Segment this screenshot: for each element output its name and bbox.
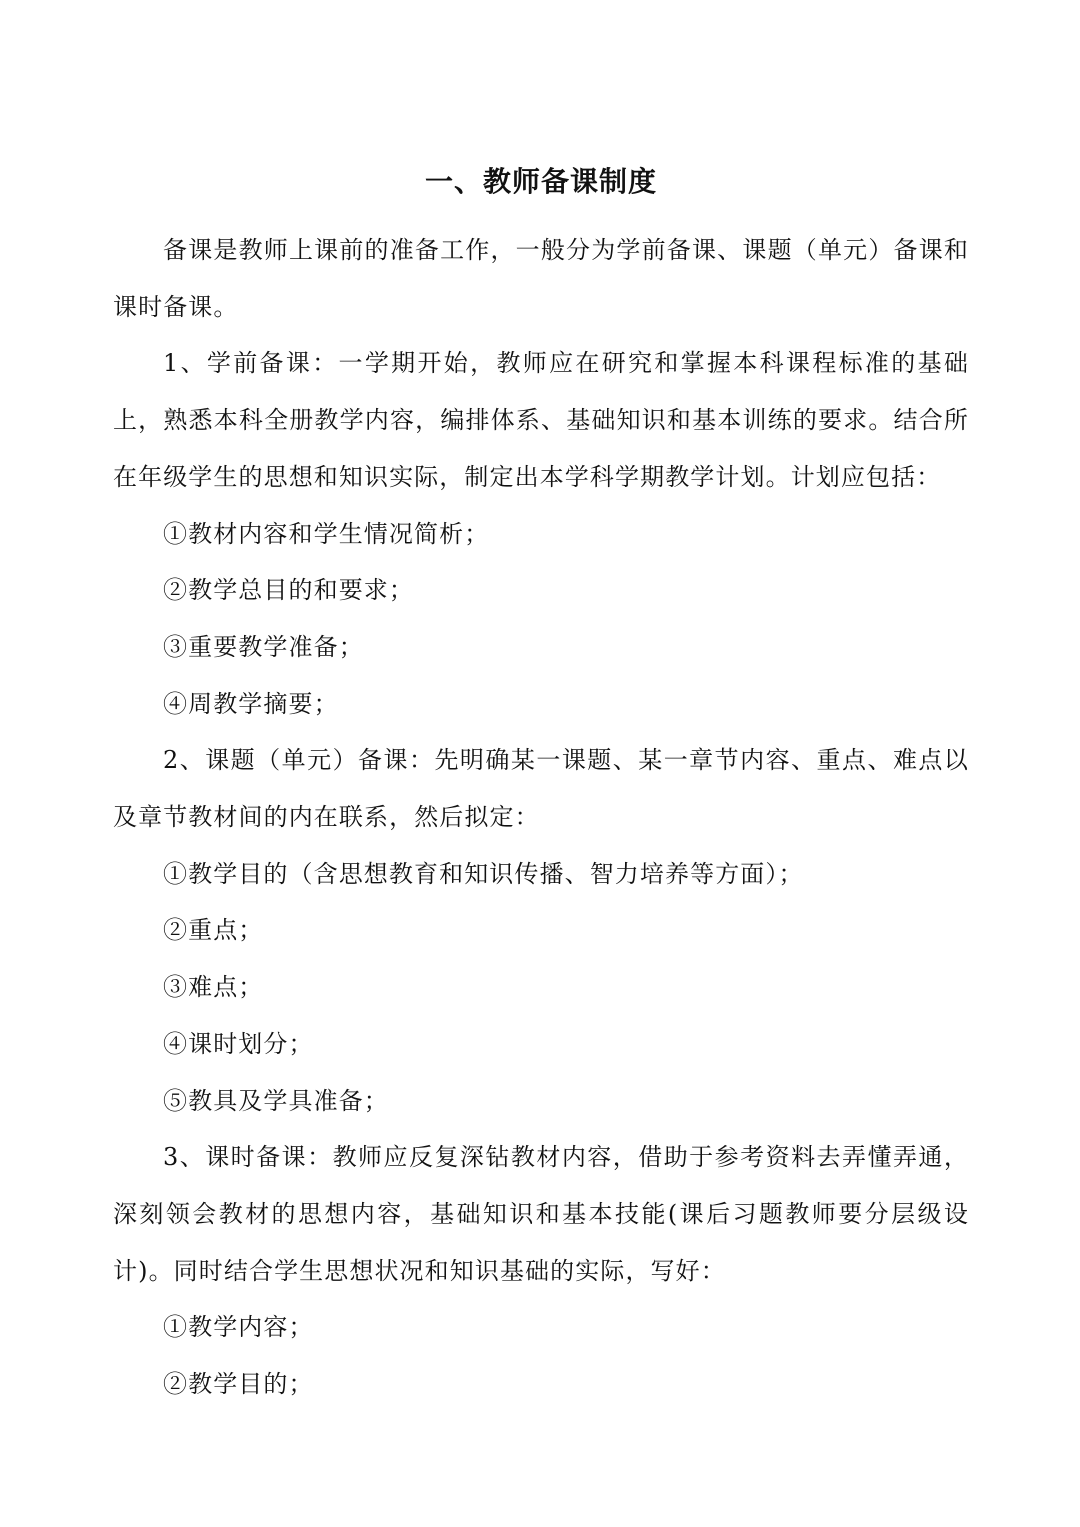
list-item: ④课时划分； <box>113 1016 969 1073</box>
section-3-paragraph: 3、课时备课：教师应反复深钻教材内容，借助于参考资料去弄懂弄通，深刻领会教材的思… <box>113 1129 969 1299</box>
list-item: ①教材内容和学生情况简析； <box>113 506 969 563</box>
document-title: 一、教师备课制度 <box>113 162 969 202</box>
list-item: ①教学内容； <box>113 1299 969 1356</box>
document-body: 备课是教师上课前的准备工作，一般分为学前备课、课题（单元）备课和课时备课。 1、… <box>113 222 969 1413</box>
list-item: ③难点； <box>113 959 969 1016</box>
list-item: ④周教学摘要； <box>113 676 969 733</box>
list-item: ②重点； <box>113 902 969 959</box>
list-item: ⑤教具及学具准备； <box>113 1073 969 1130</box>
intro-paragraph: 备课是教师上课前的准备工作，一般分为学前备课、课题（单元）备课和课时备课。 <box>113 222 969 335</box>
section-2-paragraph: 2、课题（单元）备课：先明确某一课题、某一章节内容、重点、难点以及章节教材间的内… <box>113 732 969 845</box>
list-item: ③重要教学准备； <box>113 619 969 676</box>
list-item: ①教学目的（含思想教育和知识传播、智力培养等方面）； <box>113 846 969 903</box>
list-item: ②教学总目的和要求； <box>113 562 969 619</box>
list-item: ②教学目的； <box>113 1356 969 1413</box>
section-1-paragraph: 1、学前备课：一学期开始，教师应在研究和掌握本科课程标准的基础上，熟悉本科全册教… <box>113 335 969 505</box>
